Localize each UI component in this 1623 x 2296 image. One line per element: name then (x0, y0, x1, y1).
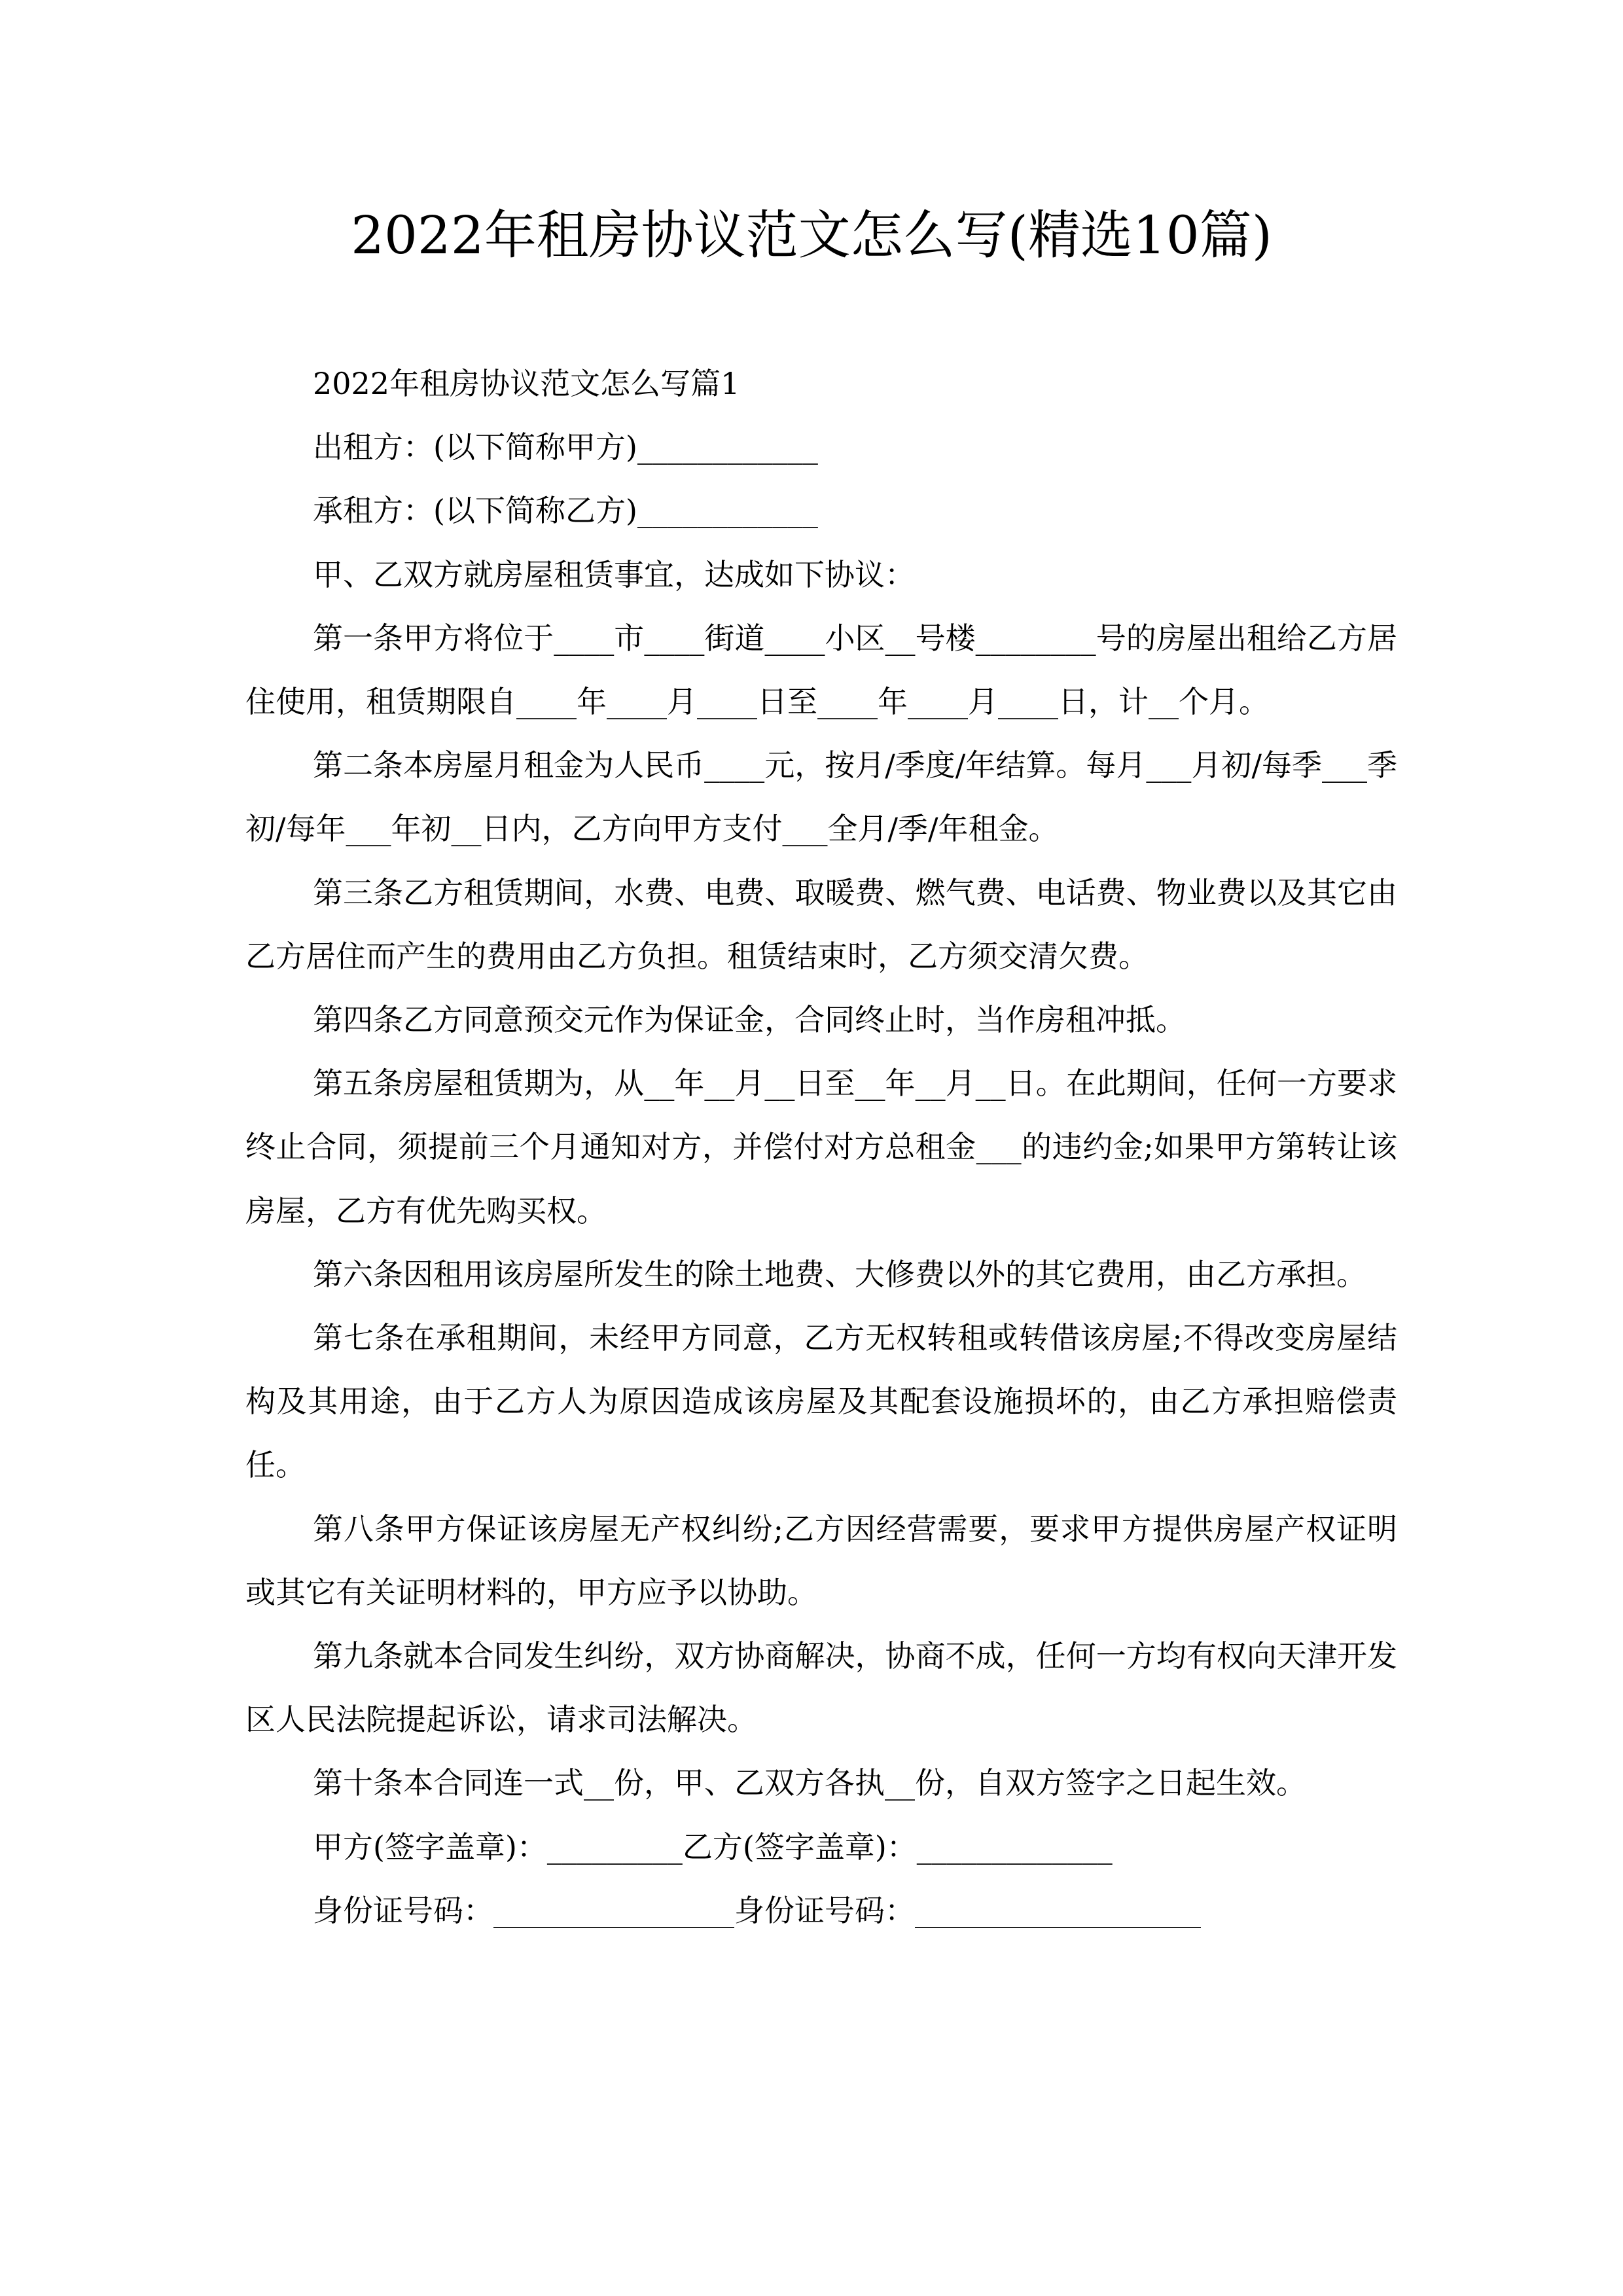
clause-7: 第七条在承租期间，未经甲方同意，乙方无权转租或转借该房屋;不得改变房屋结构及其用… (245, 1306, 1397, 1498)
clause-5: 第五条房屋租赁期为，从__年__月__日至__年__月__日。在此期间，任何一方… (245, 1052, 1397, 1243)
clause-4: 第四条乙方同意预交元作为保证金，合同终止时，当作房租冲抵。 (245, 988, 1397, 1052)
clause-3: 第三条乙方租赁期间，水费、电费、取暖费、燃气费、电话费、物业费以及其它由乙方居住… (245, 861, 1397, 988)
agreement-intro: 甲、乙双方就房屋租赁事宜，达成如下协议： (245, 543, 1397, 607)
lessee-line: 承租方：(以下简称乙方)____________ (245, 479, 1397, 543)
clause-8: 第八条甲方保证该房屋无产权纠纷;乙方因经营需要，要求甲方提供房屋产权证明或其它有… (245, 1498, 1397, 1624)
clause-10: 第十条本合同连一式__份，甲、乙双方各执__份，自双方签字之日起生效。 (245, 1751, 1397, 1815)
section-heading: 2022年租房协议范文怎么写篇1 (245, 352, 1397, 416)
signature-line: 甲方(签字盖章)：_________乙方(签字盖章)：_____________ (245, 1816, 1397, 1879)
id-number-line: 身份证号码：________________身份证号码：____________… (245, 1879, 1397, 1943)
clause-6: 第六条因租用该房屋所发生的除土地费、大修费以外的其它费用，由乙方承担。 (245, 1243, 1397, 1306)
document-body: 2022年租房协议范文怎么写篇1 出租方：(以下简称甲方)___________… (245, 352, 1397, 1943)
lessor-line: 出租方：(以下简称甲方)____________ (245, 416, 1397, 479)
clause-2: 第二条本房屋月租金为人民币____元，按月/季度/年结算。每月___月初/每季_… (245, 734, 1397, 861)
clause-9: 第九条就本合同发生纠纷，双方协商解决，协商不成，任何一方均有权向天津开发区人民法… (245, 1624, 1397, 1751)
document-page: 2022年租房协议范文怎么写(精选10篇) 2022年租房协议范文怎么写篇1 出… (0, 0, 1623, 2296)
document-title: 2022年租房协议范文怎么写(精选10篇) (0, 196, 1623, 275)
clause-1: 第一条甲方将位于____市____街道____小区__号楼________号的房… (245, 607, 1397, 734)
